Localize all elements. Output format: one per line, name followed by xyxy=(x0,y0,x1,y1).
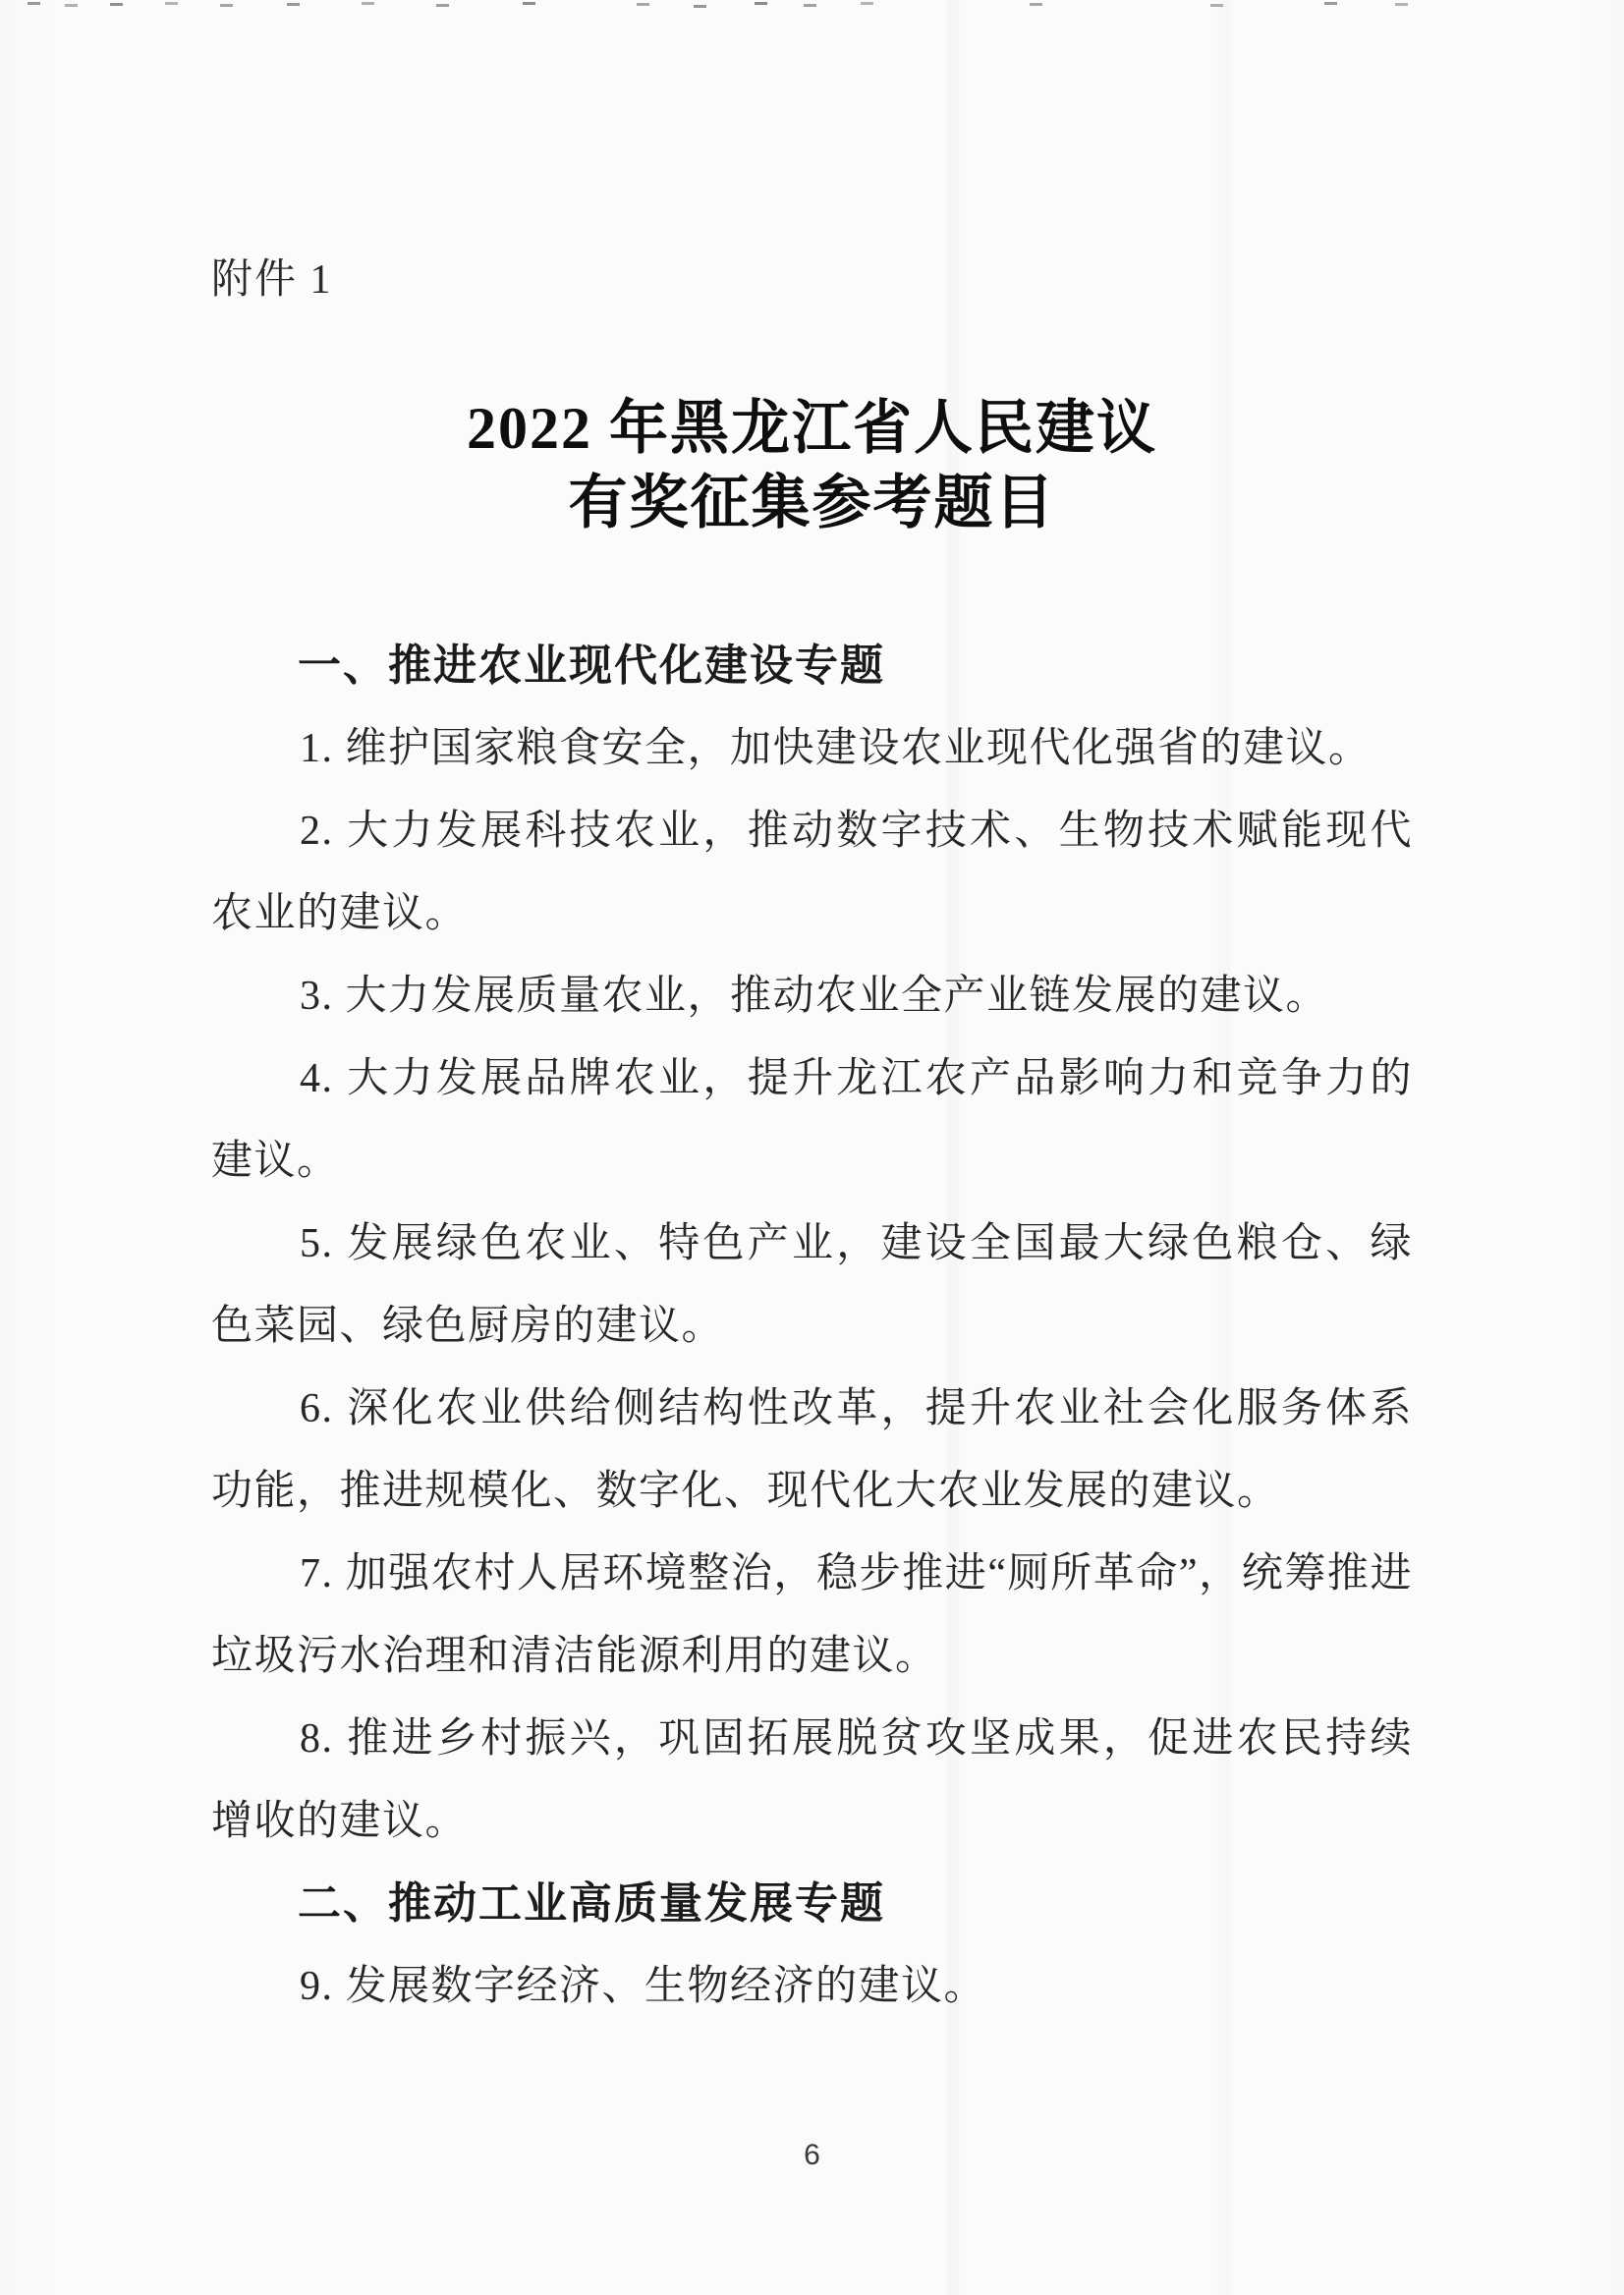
suggestion-item-7: 7. 加强农村人居环境整治，稳步推进“厕所革命”，统筹推进垃圾污水治理和清洁能源… xyxy=(211,1533,1413,1698)
document-content: 附件 1 2022 年黑龙江省人民建议有奖征集参考题目 一、推进农业现代化建设专… xyxy=(0,239,1624,2173)
section-heading-1: 一、推进农业现代化建设专题 xyxy=(211,625,1413,707)
suggestion-item-2: 2. 大力发展科技农业，推动数字技术、生物技术赋能现代农业的建议。 xyxy=(211,790,1413,955)
document-title: 2022 年黑龙江省人民建议有奖征集参考题目 xyxy=(211,391,1413,540)
suggestion-item-5: 5. 发展绿色农业、特色产业，建设全国最大绿色粮仓、绿色菜园、绿色厨房的建议。 xyxy=(211,1203,1413,1368)
suggestion-item-6: 6. 深化农业供给侧结构性改革，提升农业社会化服务体系功能，推进规模化、数字化、… xyxy=(211,1368,1413,1533)
suggestion-item-3: 3. 大力发展质量农业，推动农业全产业链发展的建议。 xyxy=(211,955,1413,1037)
suggestion-item-1: 1. 维护国家粮食安全，加快建设农业现代化强省的建议。 xyxy=(211,707,1413,790)
scan-noise-top-edge xyxy=(0,2,13,5)
section-heading-2: 二、推动工业高质量发展专题 xyxy=(211,1863,1413,1945)
suggestion-item-4: 4. 大力发展品牌农业，提升龙江农产品影响力和竞争力的建议。 xyxy=(211,1037,1413,1203)
attachment-label: 附件 1 xyxy=(211,239,1413,322)
suggestion-item-8: 8. 推进乡村振兴，巩固拓展脱贫攻坚成果，促进农民持续增收的建议。 xyxy=(211,1698,1413,1863)
document-title-line2: 有奖征集参考题目 xyxy=(569,471,1056,535)
page-number: 6 xyxy=(211,2138,1413,2173)
document-title-line1: 2022 年黑龙江省人民建议 xyxy=(467,396,1157,461)
scanned-document-page: 附件 1 2022 年黑龙江省人民建议有奖征集参考题目 一、推进农业现代化建设专… xyxy=(0,0,1624,2295)
suggestion-item-9: 9. 发展数字经济、生物经济的建议。 xyxy=(211,1945,1413,2028)
